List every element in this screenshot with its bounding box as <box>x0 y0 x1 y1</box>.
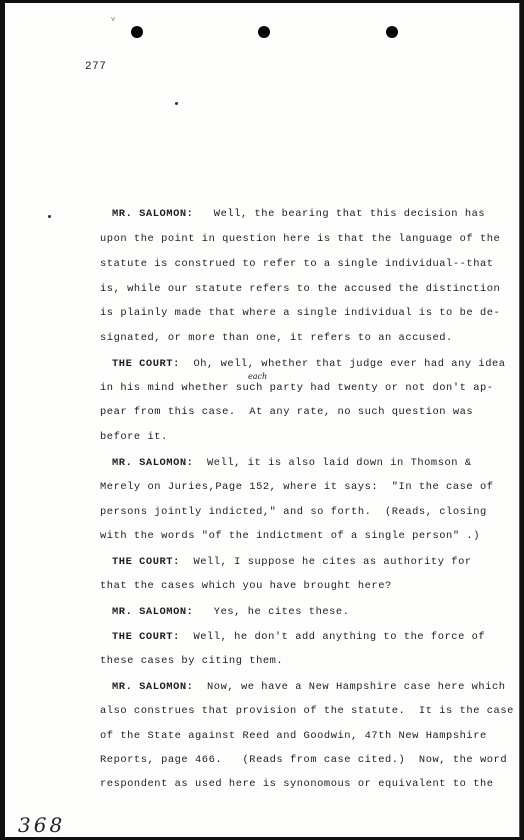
speaker-label: THE COURT: <box>112 358 180 370</box>
transcript-line: with the words "of the indictment of a s… <box>100 530 480 542</box>
transcript-line: Reports, page 466. (Reads from case cite… <box>100 754 507 766</box>
speaker-label: THE COURT: <box>112 556 180 568</box>
transcript-line: these cases by citing them. <box>100 655 283 667</box>
transcript-line: MR. SALOMON: Well, it is also laid down … <box>112 457 472 469</box>
transcript-line: that the cases which you have brought he… <box>100 580 392 592</box>
transcript-line: respondent as used here is synonomous or… <box>100 778 494 790</box>
transcript-line: THE COURT: Well, I suppose he cites as a… <box>112 556 472 568</box>
punch-hole-icon <box>258 26 270 38</box>
speaker-label: MR. SALOMON: <box>112 457 193 469</box>
speaker-label: MR. SALOMON: <box>112 681 193 693</box>
transcript-line: also construes that provision of the sta… <box>100 705 514 717</box>
transcript-line: statute is construed to refer to a singl… <box>100 258 494 270</box>
transcript-line: persons jointly indicted," and so forth.… <box>100 506 487 518</box>
transcript-line: MR. SALOMON: Now, we have a New Hampshir… <box>112 681 506 693</box>
document-page: v 277 MR. SALOMON: Well, the bearing tha… <box>5 3 520 837</box>
handwritten-page-number: 368 <box>18 813 65 837</box>
transcript-line: in his mind whether such party had twent… <box>100 382 494 394</box>
transcript-line: Merely on Juries,Page 152, where it says… <box>100 481 494 493</box>
speaker-label: MR. SALOMON: <box>112 208 193 220</box>
speaker-label: MR. SALOMON: <box>112 606 193 618</box>
transcript-line: MR. SALOMON: Yes, he cites these. <box>112 606 350 618</box>
transcript-line: pear from this case. At any rate, no suc… <box>100 406 473 418</box>
transcript-line: is plainly made that where a single indi… <box>100 307 500 319</box>
transcript-line: THE COURT: Oh, well, whether that judge … <box>112 358 506 370</box>
transcript-line: MR. SALOMON: Well, the bearing that this… <box>112 208 485 220</box>
transcript-line: of the State against Reed and Goodwin, 4… <box>100 730 487 742</box>
transcript-line: is, while our statute refers to the accu… <box>100 283 500 295</box>
handwritten-correction: each <box>248 372 267 381</box>
speck-icon <box>48 215 51 218</box>
transcript-line: upon the point in question here is that … <box>100 233 500 245</box>
punch-hole-icon <box>131 26 143 38</box>
transcript-line: before it. <box>100 431 168 443</box>
page-number: 277 <box>85 61 106 73</box>
speaker-label: THE COURT: <box>112 631 180 643</box>
transcript-line: THE COURT: Well, he don't add anything t… <box>112 631 485 643</box>
transcript-line: signated, or more than one, it refers to… <box>100 332 453 344</box>
punch-hole-icon <box>386 26 398 38</box>
scan-mark-icon: v <box>111 16 115 24</box>
speck-icon <box>175 102 178 105</box>
